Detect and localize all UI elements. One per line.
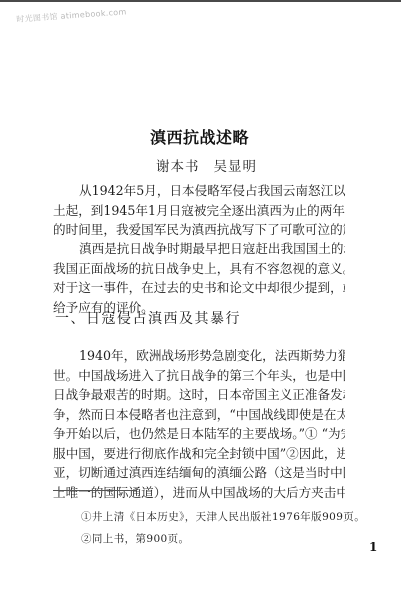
text-line: 亚，切断通过滇西连结缅甸的滇缅公路（这是当时中国西南陆	[53, 463, 345, 483]
watermark: 时光图书馆 atimebook.com	[16, 6, 127, 25]
text-line: 日战争最艰苦的时期。这时，日本帝国主义正准备发动太平洋战	[53, 385, 345, 405]
author-2: 吴显明	[214, 159, 258, 175]
intro-paragraph-2: 滇西是抗日战争时期最早把日寇赶出我国国土的地方，在 我国正面战场的抗日战争史上，…	[53, 239, 345, 317]
text-line: 从1942年5月，日本侵略军侵占我国云南怒江以西大片国	[53, 181, 345, 201]
text-line: 上唯一的国际通道），进而从中国战场的大后方夹击中国，可	[53, 483, 345, 503]
article-authors: 谢本书吴显明	[156, 155, 257, 175]
text-line: 1940年，欧洲战场形势急剧变化，法西斯势力猖獗不可一	[53, 346, 345, 366]
text-line: 争开始以后，也仍然是日本陆军的主要战场。”① “为完成征	[53, 424, 345, 444]
page-top-edge	[0, 0, 401, 2]
text-line: 世。中国战场进入了抗日战争的第三个年头，也是中国人民抗	[53, 366, 345, 386]
author-1: 谢本书	[156, 159, 200, 175]
text-line: 的时间里，我爱国军民为滇西抗战写下了可歌可泣的篇章。	[53, 220, 345, 240]
section-heading: 一、日寇侵占滇西及其暴行	[55, 308, 241, 328]
footnote-2: ②同上书，第900页。	[81, 531, 189, 546]
page-number: 1	[369, 540, 377, 554]
text-line: 对于这一事件，在过去的史书和论文中却很少提到，或者未曾	[53, 278, 345, 298]
text-line: 服中国，要进行彻底作战和完全封锁中国”②因此，进攻东南	[53, 444, 345, 464]
article-title: 滇西抗战述略	[150, 125, 249, 148]
section-1-paragraph-1: 1940年，欧洲战场形势急剧变化，法西斯势力猖獗不可一 世。中国战场进入了抗日战…	[53, 346, 345, 502]
text-line: 我国正面战场的抗日战争史上，具有不容忽视的意义。可是，	[53, 259, 345, 279]
text-line: 土起，到1945年1月日寇被完全逐出滇西为止的两年零八个月	[53, 201, 345, 221]
intro-paragraph-1: 从1942年5月，日本侵略军侵占我国云南怒江以西大片国 土起，到1945年1月日…	[53, 181, 345, 240]
text-line: 滇西是抗日战争时期最早把日寇赶出我国国土的地方，在	[53, 239, 345, 259]
footnote-divider	[53, 490, 137, 491]
footnote-1: ①井上清《日本历史》，天津人民出版社1976年版909页。	[81, 509, 365, 524]
text-line: 争，然而日本侵略者也注意到，“中国战线即使是在太平洋战	[53, 405, 345, 425]
